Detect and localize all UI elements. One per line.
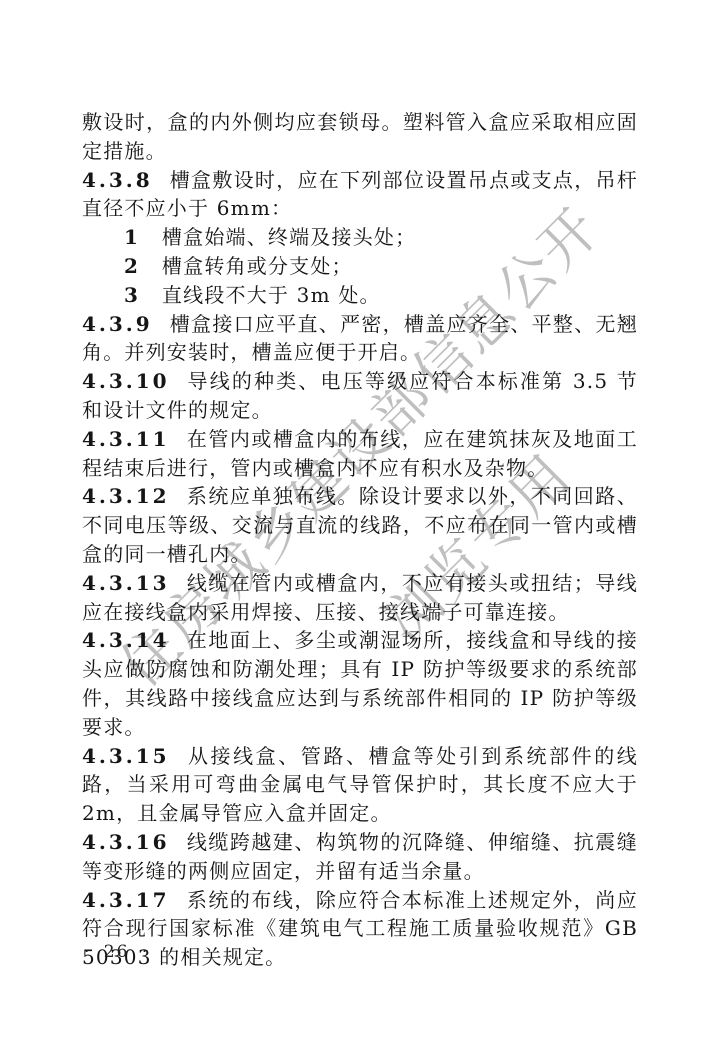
clause-4-3-10: 4.3.10导线的种类、电压等级应符合本标准第 3.5 节和设计文件的规定。	[82, 367, 638, 425]
clause-number: 4.3.15	[82, 744, 170, 768]
clause-text: 槽盒接口应平直、严密，槽盖应齐全、平整、无翘角。并列安装时，槽盖应便于开启。	[82, 312, 638, 365]
clause-4-3-8-item-1: 1槽盒始端、终端及接头处；	[82, 223, 638, 252]
clause-number: 4.3.12	[82, 484, 170, 508]
clause-4-3-13: 4.3.13线缆在管内或槽盒内，不应有接头或扭结；导线应在接线盒内采用焊接、压接…	[82, 569, 638, 627]
paragraph-continuation: 敷设时，盒的内外侧均应套锁母。塑料管入盒应采取相应固定措施。	[82, 108, 638, 166]
clause-text: 槽盒敷设时，应在下列部位设置吊点或支点，吊杆直径不应小于 6mm：	[82, 168, 638, 221]
paragraph-text: 敷设时，盒的内外侧均应套锁母。塑料管入盒应采取相应固定措施。	[82, 110, 638, 163]
clause-4-3-14: 4.3.14在地面上、多尘或潮湿场所，接线盒和导线的接头应做防腐蚀和防潮处理；具…	[82, 626, 638, 741]
item-text: 直线段不大于 3m 处。	[162, 283, 381, 307]
clause-number: 4.3.14	[82, 628, 170, 652]
clause-4-3-9: 4.3.9槽盒接口应平直、严密，槽盖应齐全、平整、无翘角。并列安装时，槽盖应便于…	[82, 310, 638, 368]
page-number: · 26 ·	[84, 942, 149, 962]
item-number: 1	[124, 225, 141, 249]
clause-4-3-12: 4.3.12系统应单独布线。除设计要求以外，不同回路、不同电压等级、交流与直流的…	[82, 482, 638, 568]
clause-number: 4.3.11	[82, 427, 170, 451]
item-text: 槽盒转角或分支处；	[162, 254, 353, 278]
clause-4-3-8: 4.3.8槽盒敷设时，应在下列部位设置吊点或支点，吊杆直径不应小于 6mm：	[82, 166, 638, 224]
clause-4-3-11: 4.3.11在管内或槽盒内的布线，应在建筑抹灰及地面工程结束后进行，管内或槽盒内…	[82, 425, 638, 483]
clause-4-3-15: 4.3.15从接线盒、管路、槽盒等处引到系统部件的线路，当采用可弯曲金属电气导管…	[82, 742, 638, 828]
item-text: 槽盒始端、终端及接头处；	[162, 225, 416, 249]
clause-number: 4.3.17	[82, 888, 170, 912]
clause-number: 4.3.9	[82, 312, 153, 336]
item-number: 2	[124, 254, 141, 278]
clause-4-3-16: 4.3.16线缆跨越建、构筑物的沉降缝、伸缩缝、抗震缝等变形缝的两侧应固定，并留…	[82, 828, 638, 886]
clause-4-3-8-item-2: 2槽盒转角或分支处；	[82, 252, 638, 281]
clause-number: 4.3.13	[82, 571, 170, 595]
item-number: 3	[124, 283, 141, 307]
clause-number: 4.3.16	[82, 830, 170, 854]
clause-number: 4.3.10	[82, 369, 170, 393]
document-page: 住房城乡建设部信息公开 浏览专用 敷设时，盒的内外侧均应套锁母。塑料管入盒应采取…	[0, 0, 720, 1043]
clause-4-3-17: 4.3.17系统的布线，除应符合本标准上述规定外，尚应符合现行国家标准《建筑电气…	[82, 886, 638, 972]
page-content: 敷设时，盒的内外侧均应套锁母。塑料管入盒应采取相应固定措施。 4.3.8槽盒敷设…	[82, 108, 638, 972]
clause-number: 4.3.8	[82, 168, 153, 192]
clause-4-3-8-item-3: 3直线段不大于 3m 处。	[82, 281, 638, 310]
